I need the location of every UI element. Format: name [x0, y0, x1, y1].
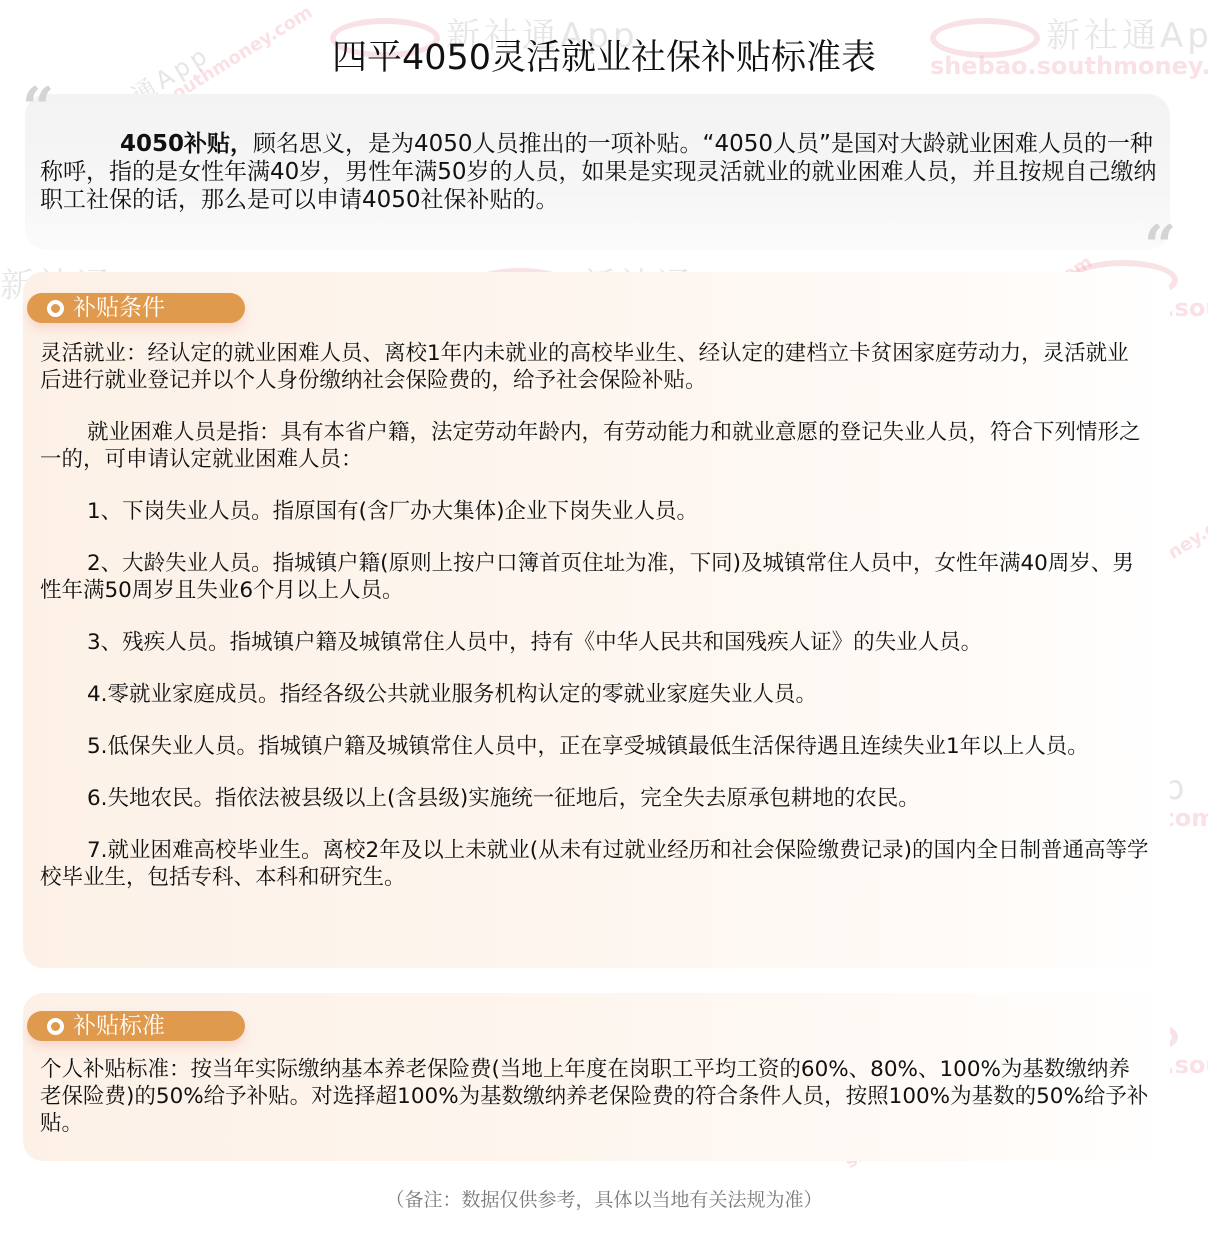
- section-heading-conditions: 补贴条件: [27, 293, 245, 323]
- list-item: 7.就业困难高校毕业生。离校2年及以上未就业(从未有过就业经历和社会保险缴费记录…: [40, 837, 1150, 891]
- paragraph: 个人补贴标准：按当年实际缴纳基本养老保险费(当地上年度在岗职工平均工资的60%、…: [40, 1056, 1150, 1137]
- footnote: （备注：数据仅供参考，具体以当地有关法规为准）: [0, 1185, 1208, 1212]
- section-body-standard: 个人补贴标准：按当年实际缴纳基本养老保险费(当地上年度在岗职工平均工资的60%、…: [40, 1056, 1150, 1162]
- list-item: 3、残疾人员。指城镇户籍及城镇常住人员中，持有《中华人民共和国残疾人证》的失业人…: [40, 629, 1150, 656]
- open-quote-icon: “: [22, 80, 54, 136]
- circle-icon: [47, 1018, 64, 1035]
- section-heading-standard: 补贴标准: [27, 1011, 245, 1041]
- circle-icon: [47, 300, 64, 317]
- intro-text: 4050补贴，顾名思义，是为4050人员推出的一项补贴。“4050人员”是国对大…: [40, 130, 1160, 214]
- section-heading-label: 补贴标准: [73, 1013, 165, 1039]
- list-item: 5.低保失业人员。指城镇户籍及城镇常住人员中，正在享受城镇最低生活保待遇且连续失…: [40, 733, 1150, 760]
- list-item: 1、下岗失业人员。指原国有(含厂办大集体)企业下岗失业人员。: [40, 498, 1150, 525]
- intro-bold-lead: 4050补贴，: [120, 131, 253, 157]
- section-body-conditions: 灵活就业：经认定的就业困难人员、离校1年内未就业的高校毕业生、经认定的建档立卡贫…: [40, 340, 1150, 916]
- paragraph: 就业困难人员是指：具有本省户籍，法定劳动年龄内，有劳动能力和就业意愿的登记失业人…: [40, 419, 1150, 473]
- close-quote-icon: “: [1144, 218, 1176, 274]
- page-title: 四平4050灵活就业社保补贴标准表: [0, 30, 1208, 80]
- page: 新社通App shebao.southmoney.com 新社通App 新社通A…: [0, 0, 1208, 1246]
- list-item: 4.零就业家庭成员。指经各级公共就业服务机构认定的零就业家庭失业人员。: [40, 681, 1150, 708]
- section-heading-label: 补贴条件: [73, 295, 165, 321]
- list-item: 6.失地农民。指依法被县级以上(含县级)实施统一征地后，完全失去原承包耕地的农民…: [40, 785, 1150, 812]
- list-item: 2、大龄失业人员。指城镇户籍(原则上按户口簿首页住址为准，下同)及城镇常住人员中…: [40, 550, 1150, 604]
- paragraph: 灵活就业：经认定的就业困难人员、离校1年内未就业的高校毕业生、经认定的建档立卡贫…: [40, 340, 1150, 394]
